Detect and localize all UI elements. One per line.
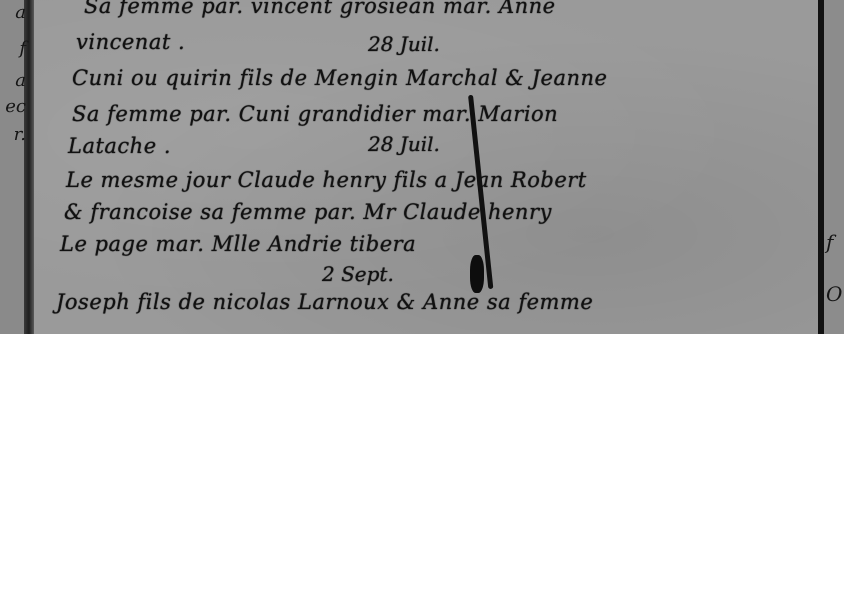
right-margin-fragment: O — [826, 282, 842, 306]
date-line-3: 2 Sept. — [322, 262, 394, 286]
left-margin-fragment: a — [0, 70, 26, 91]
left-margin-fragment: a — [0, 2, 26, 23]
manuscript-scan: a f a ec r. f O Sa femme par. vincent gr… — [0, 0, 844, 334]
ink-blot — [470, 255, 484, 293]
left-margin-fragment: r. — [0, 124, 26, 145]
text-line-3: Cuni ou quirin fils de Mengin Marchal & … — [72, 66, 607, 90]
text-line-8: Le page mar. Mlle Andrie tibera — [60, 232, 416, 256]
text-line-9: Joseph fils de nicolas Larnoux & Anne sa… — [56, 290, 593, 314]
text-line-6: Le mesme jour Claude henry fils a Jean R… — [66, 168, 587, 192]
text-line-5: Latache . — [68, 134, 171, 158]
left-margin-fragment: f — [0, 38, 26, 59]
right-margin-fragment: f — [826, 230, 833, 254]
date-line-1: 28 Juil. — [368, 32, 440, 56]
text-line-4: Sa femme par. Cuni grandidier mar. Mario… — [72, 102, 558, 126]
date-line-2: 28 Juil. — [368, 132, 440, 156]
left-margin-fragment: ec — [0, 96, 26, 117]
text-line-1: Sa femme par. vincent grosiean mar. Anne — [84, 0, 556, 18]
text-line-2: vincenat . — [76, 30, 185, 54]
